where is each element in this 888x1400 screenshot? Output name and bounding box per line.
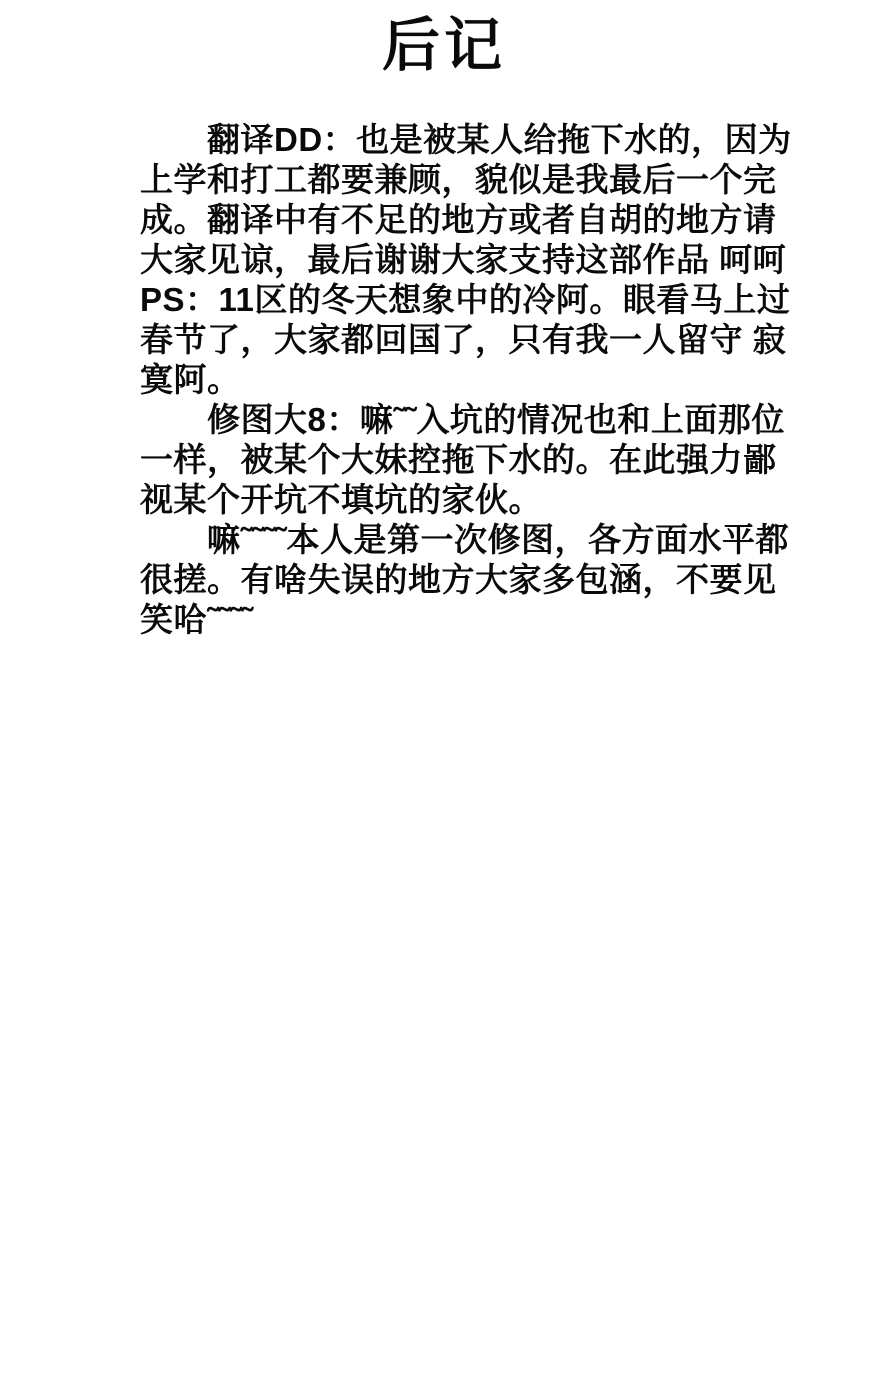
- text-line: 很搓。有啥失误的地方大家多包涵，不要见: [140, 560, 760, 600]
- text-line: 大家见谅，最后谢谢大家支持这部作品 呵呵: [140, 240, 760, 280]
- afterword-text-block: 翻译DD：也是被某人给拖下水的，因为 上学和打工都要兼顾，貌似是我最后一个完 成…: [140, 120, 760, 640]
- text-line: 翻译DD：也是被某人给拖下水的，因为: [140, 120, 760, 160]
- text-line: 笑哈˜˜˜˜: [140, 600, 760, 640]
- text-line: 嘛˜˜˜˜本人是第一次修图，各方面水平都: [140, 520, 760, 560]
- text-line: 春节了，大家都回国了，只有我一人留守 寂: [140, 320, 760, 360]
- afterword-page: 后记 翻译DD：也是被某人给拖下水的，因为 上学和打工都要兼顾，貌似是我最后一个…: [0, 0, 888, 1400]
- text-line: PS：11区的冬天想象中的冷阿。眼看马上过: [140, 280, 760, 320]
- text-line: 上学和打工都要兼顾，貌似是我最后一个完: [140, 160, 760, 200]
- page-title: 后记: [0, 12, 888, 80]
- text-line: 修图大8：嘛˜˜入坑的情况也和上面那位: [140, 400, 760, 440]
- text-line: 一样，被某个大妹控拖下水的。在此强力鄙: [140, 440, 760, 480]
- text-line: 成。翻译中有不足的地方或者自胡的地方请: [140, 200, 760, 240]
- text-line: 视某个开坑不填坑的家伙。: [140, 480, 760, 520]
- text-line: 寞阿。: [140, 360, 760, 400]
